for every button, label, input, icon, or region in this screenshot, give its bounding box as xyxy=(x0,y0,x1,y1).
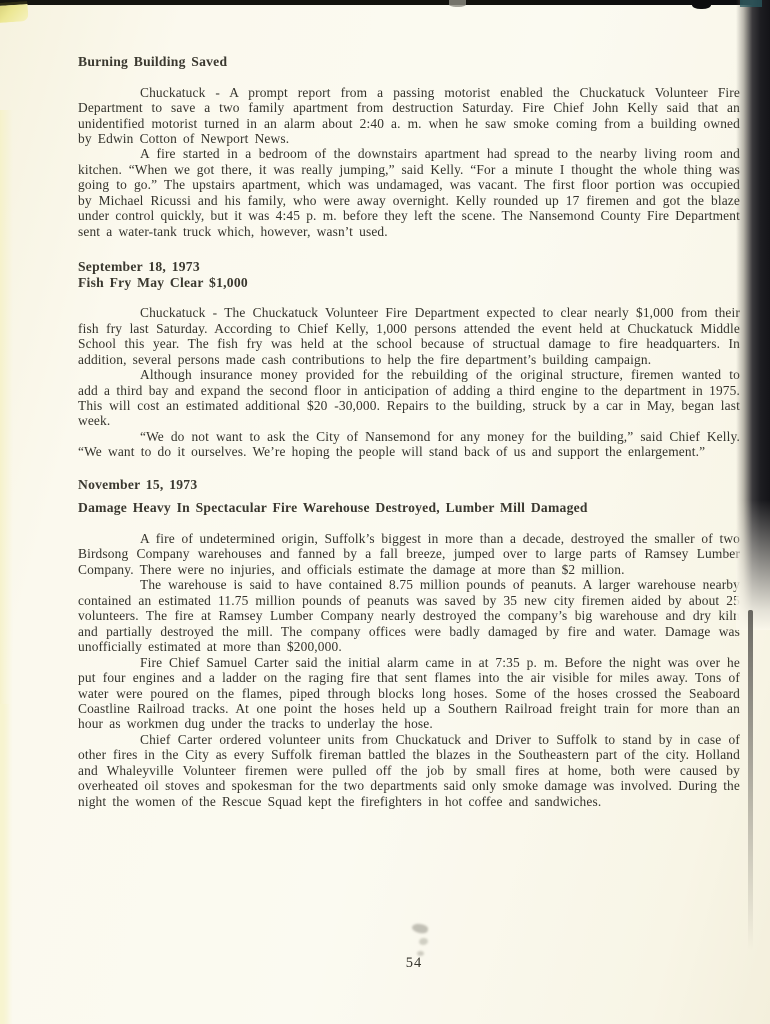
page-number: 54 xyxy=(384,955,444,972)
book-gutter-shadow-fade xyxy=(736,500,770,630)
article-heading-block: Burning Building Saved xyxy=(78,54,740,70)
article-section: September 18, 1973 Fish Fry May Clear $1… xyxy=(78,259,740,460)
article-date: November 15, 1973 xyxy=(78,477,740,493)
scan-artifact-blob xyxy=(692,0,711,9)
article-date: September 18, 1973 xyxy=(78,259,740,275)
scanned-page: Burning Building Saved Chuckatuck - A pr… xyxy=(0,0,770,1024)
article-heading-block: November 15, 1973 Damage Heavy In Specta… xyxy=(78,477,740,516)
article-heading-block: September 18, 1973 Fish Fry May Clear $1… xyxy=(78,259,740,290)
article-title: Burning Building Saved xyxy=(78,54,740,70)
article-title: Damage Heavy In Spectacular Fire Warehou… xyxy=(78,500,740,516)
page-content: Burning Building Saved Chuckatuck - A pr… xyxy=(0,0,770,809)
article-section: Burning Building Saved Chuckatuck - A pr… xyxy=(78,54,740,239)
scan-artifact-teal xyxy=(740,0,762,7)
page-edge-top-shadow xyxy=(0,0,770,5)
article-paragraph: The warehouse is said to have contained … xyxy=(78,577,740,654)
corner-tab-artifact xyxy=(0,1,29,23)
page-crease-line xyxy=(748,610,753,950)
page-edge-bottom-left-tint xyxy=(0,704,10,1024)
article-paragraph: Chuckatuck - The Chuckatuck Volunteer Fi… xyxy=(78,305,740,367)
article-paragraph: A fire of undetermined origin, Suffolk’s… xyxy=(78,531,740,577)
article-paragraph: Fire Chief Samuel Carter said the initia… xyxy=(78,655,740,732)
article-paragraph: “We do not want to ask the City of Nanse… xyxy=(78,429,740,460)
smudge-mark xyxy=(411,922,429,935)
article-paragraph: Chief Carter ordered volunteer units fro… xyxy=(78,732,740,809)
article-paragraph: Although insurance money provided for th… xyxy=(78,367,740,429)
article-title: Fish Fry May Clear $1,000 xyxy=(78,275,740,291)
smudge-mark xyxy=(418,937,428,945)
article-section: November 15, 1973 Damage Heavy In Specta… xyxy=(78,477,740,809)
article-paragraph: Chuckatuck - A prompt report from a pass… xyxy=(78,85,740,147)
scan-artifact-blob xyxy=(449,0,466,7)
article-paragraph: A fire started in a bedroom of the downs… xyxy=(78,146,740,239)
